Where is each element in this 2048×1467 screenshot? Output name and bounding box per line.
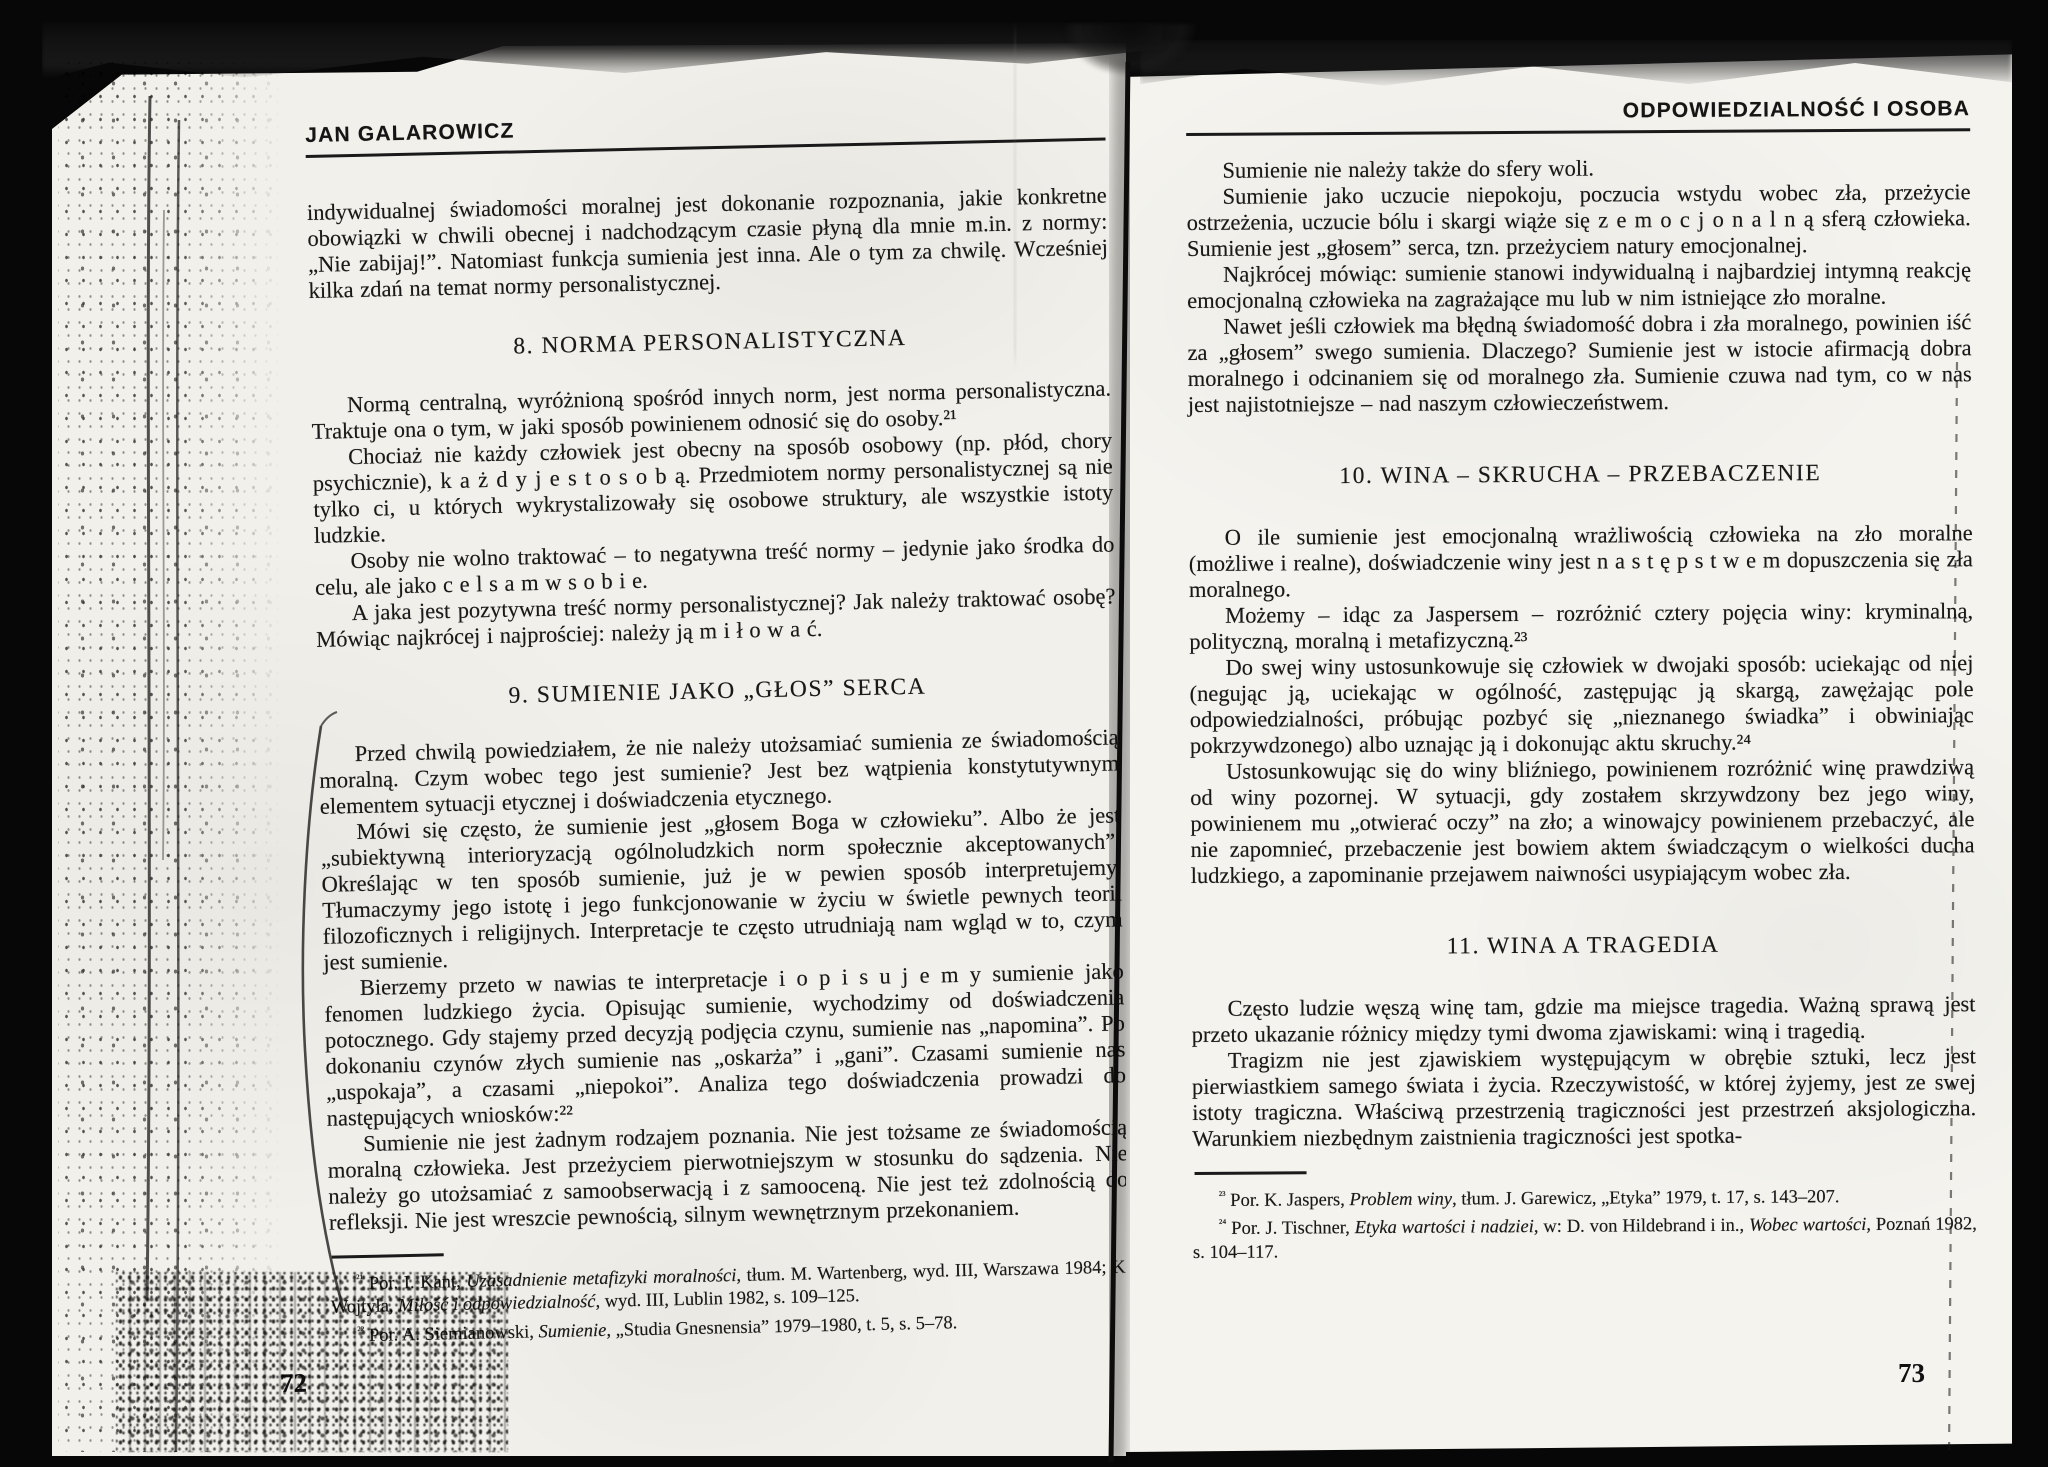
section-heading: 8. NORMA PERSONALISTYCZNA xyxy=(310,320,1110,364)
scan-noise-bottom-left xyxy=(116,1272,508,1452)
left-header-rule xyxy=(306,138,1106,158)
page-number: 73 xyxy=(1898,1358,1925,1389)
body-paragraph: A jaka jest pozytywna treść normy person… xyxy=(315,583,1116,652)
footnotes-block: ²³ Por. K. Jaspers, Problem winy, tłum. … xyxy=(1193,1167,1978,1265)
section-heading: 10. WINA – SKRUCHA – PRZEBACZENIE xyxy=(1188,459,1972,491)
body-paragraph: Możemy – idąc za Jaspersem – rozróżnić c… xyxy=(1189,598,1973,655)
right-header-rule xyxy=(1186,128,1970,136)
right-page-content: ODPOWIEDZIALNOŚĆ I OSOBA Sumienie nie na… xyxy=(1186,97,1977,1265)
footnote-rule xyxy=(332,1253,444,1258)
footnote-rule xyxy=(1195,1171,1307,1174)
body-paragraph: Osoby nie wolno traktować – to negatywna… xyxy=(314,531,1115,600)
body-paragraph: Sumienie nie jest żadnym rodzajem poznan… xyxy=(327,1114,1129,1235)
body-paragraph: Często ludzie węszą winę tam, gdzie ma m… xyxy=(1191,991,1975,1048)
body-paragraph: Najkrócej mówiąc: sumienie stanowi indyw… xyxy=(1187,257,1971,314)
body-paragraph: O ile sumienie jest emocjonalną wrażliwo… xyxy=(1189,520,1973,603)
left-page-content: JAN GALAROWICZ indywidualnej świadomości… xyxy=(305,107,1132,1349)
body-paragraph: Normą centralną, wyróżnioną spośród inny… xyxy=(311,375,1112,444)
body-paragraph: Przed chwilą powiedziałem, że nie należy… xyxy=(318,724,1120,819)
body-paragraph: Tragizm nie jest zjawiskiem występującym… xyxy=(1192,1043,1977,1152)
footnote: ²⁴ Por. J. Tischner, Etyka wartości i na… xyxy=(1193,1208,1977,1265)
right-page: ODPOWIEDZIALNOŚĆ I OSOBA Sumienie nie na… xyxy=(1126,46,2012,1452)
body-paragraph: Nawet jeśli człowiek ma błędną świadomoś… xyxy=(1187,309,1972,418)
body-paragraph: Ustosunkowując się do winy bliźniego, po… xyxy=(1190,754,1975,889)
photocopy-scan: JAN GALAROWICZ indywidualnej świadomości… xyxy=(0,0,2048,1467)
right-running-head: ODPOWIEDZIALNOŚĆ I OSOBA xyxy=(1186,97,1970,126)
body-paragraph: Sumienie jako uczucie niepokoju, poczuci… xyxy=(1187,179,1971,262)
section-heading: 9. SUMIENIE JAKO „GŁOS” SERCA xyxy=(317,669,1117,713)
left-running-head: JAN GALAROWICZ xyxy=(305,107,1105,148)
body-paragraph: Chociaż nie każdy człowiek jest obecny n… xyxy=(312,427,1114,548)
footnote: ²³ Por. K. Jaspers, Problem winy, tłum. … xyxy=(1193,1180,1977,1213)
scan-noise-left-margin xyxy=(58,62,283,1452)
body-paragraph: Bierzemy przeto w nawias te interpretacj… xyxy=(324,958,1127,1131)
body-paragraph: Do swej winy ustosunkowuje się człowiek … xyxy=(1189,650,1974,759)
body-paragraph: indywidualnej świadomości moralnej jest … xyxy=(307,183,1109,304)
body-paragraph: Sumienie nie należy także do sfery woli. xyxy=(1186,153,1970,184)
body-paragraph: Mówi się często, że sumienie jest „głose… xyxy=(320,802,1123,975)
section-heading: 11. WINA A TRAGEDIA xyxy=(1191,930,1975,962)
spine-top-shadow xyxy=(1040,24,1220,104)
